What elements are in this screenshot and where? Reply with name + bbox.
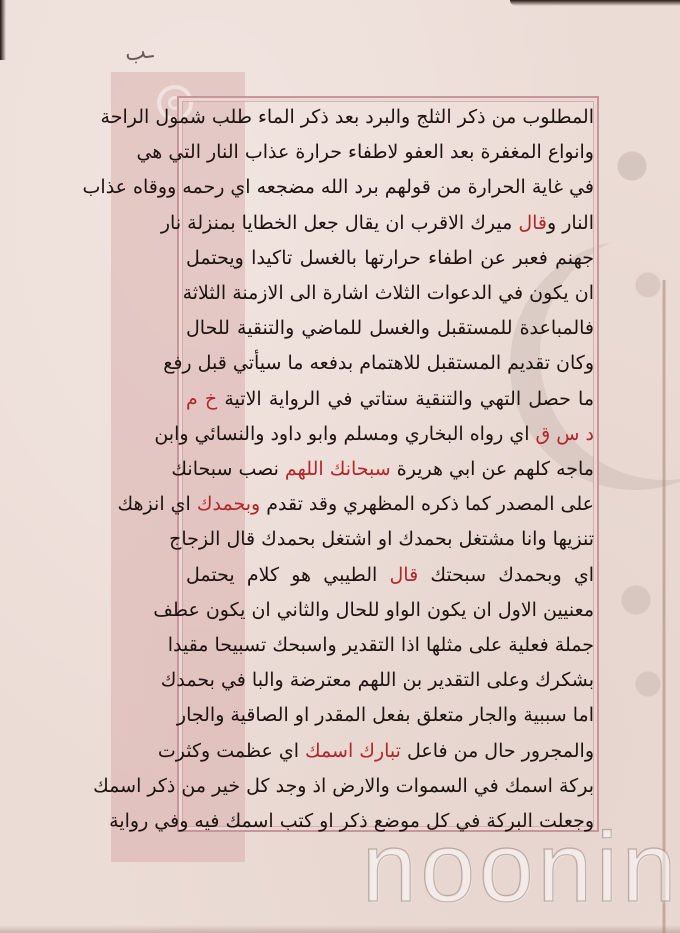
manuscript-text-block: المطلوب من ذكر الثلج والبرد بعد ذكر الما…: [186, 100, 594, 830]
text-line: جملة فعلية على مثلها اذا التقدير واسبحك …: [186, 628, 594, 663]
text-line: اي وبحمدك سبحتك قال الطيبي هو كلام يحتمل: [186, 558, 594, 593]
rubric-text: قال: [518, 212, 547, 234]
margin-annotation: ـب: [123, 38, 154, 67]
page-left-edge-shadow: [0, 0, 6, 60]
floral-watermark-pattern: [600, 110, 680, 810]
text-line: على المصدر كما ذكره المظهري وقد تقدم وبح…: [186, 487, 594, 522]
text-line: اما سببية والجار متعلق بفعل المقدر او ال…: [186, 698, 594, 733]
publisher-watermark: noonin: [362, 818, 680, 916]
rubric-text: تبارك اسمك: [305, 740, 401, 762]
page-bottom-edge: [0, 925, 680, 933]
text-line: بشكرك وعلى التقدير بن اللهم معترضة والبا…: [186, 663, 594, 698]
text-line: جهنم فعبر عن اطفاء حرارتها بالغسل تاكيدا…: [186, 241, 594, 276]
rubric-text: قال: [389, 564, 418, 586]
rubric-text: وبحمدك: [197, 493, 260, 515]
text-line: ماجه كلهم عن ابي هريرة سبحانك اللهم نصب …: [186, 452, 594, 487]
text-line: في غاية الحرارة من قولهم برد الله مضجعه …: [186, 170, 594, 205]
text-line: ان يكون في الدعوات الثلاث اشارة الى الاز…: [186, 276, 594, 311]
rubric-text: خ م: [186, 388, 217, 410]
rubric-text: د س ق: [536, 423, 594, 445]
text-line: فالمباعدة للمستقبل والغسل للماضي والتنقي…: [186, 311, 594, 346]
text-line: بركة اسمك في السموات والارض اذ وجد كل خي…: [186, 769, 594, 804]
text-line: د س ق اي رواه البخاري ومسلم وابو داود وا…: [186, 417, 594, 452]
manuscript-page: ـب المطلوب من ذكر الثلج والبرد بعد ذكر ا…: [0, 0, 680, 933]
text-line: معنيين الاول ان يكون الواو للحال والثاني…: [186, 593, 594, 628]
text-line: النار وقال ميرك الاقرب ان يقال جعل الخطا…: [186, 206, 594, 241]
page-top-edge-shadow: [510, 0, 680, 6]
text-line: وكان تقديم المستقبل للاهتمام بدفعه ما سي…: [186, 346, 594, 381]
text-line: والمجرور حال من فاعل تبارك اسمك اي عظمت …: [186, 734, 594, 769]
text-line: وانواع المغفرة بعد العفو لاطفاء حرارة عذ…: [186, 135, 594, 170]
text-line: المطلوب من ذكر الثلج والبرد بعد ذكر الما…: [186, 100, 594, 135]
text-line: ما حصل التهي والتنقية ستاتي في الرواية ا…: [186, 382, 594, 417]
rubric-text: سبحانك اللهم: [285, 458, 391, 480]
text-line: تنزيها وانا مشتغل بحمدك او اشتغل بحمدك ق…: [186, 522, 594, 557]
